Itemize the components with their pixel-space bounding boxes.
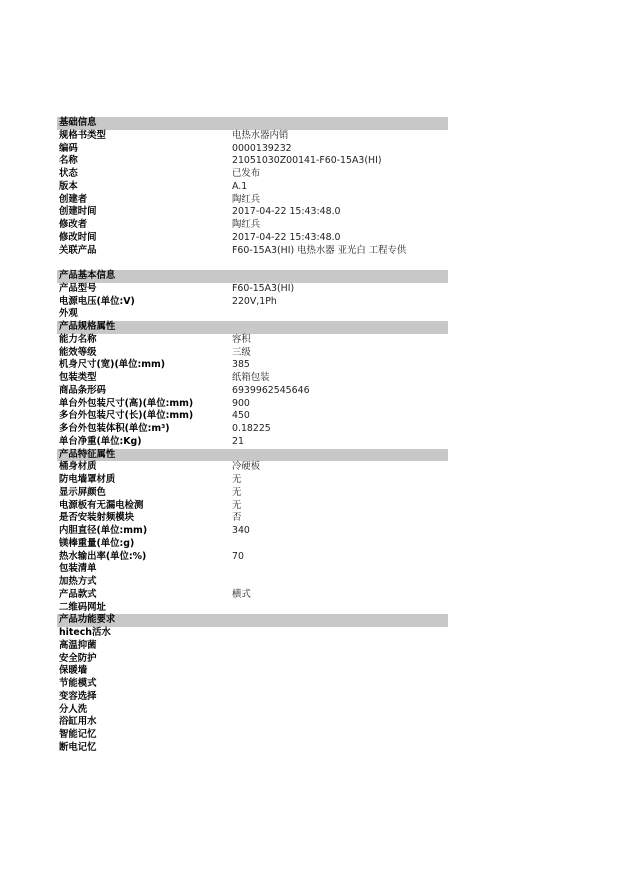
field-label: 名称 xyxy=(59,155,78,168)
table-row: 机身尺寸(宽)(单位:mm)385 xyxy=(57,359,448,372)
blank-row xyxy=(57,257,448,270)
field-label: 包装类型 xyxy=(59,372,97,385)
table-row: 电源电压(单位:V)220V,1Ph xyxy=(57,296,448,309)
field-label: 单台净重(单位:Kg) xyxy=(59,436,142,449)
table-row: 防电墙罩材质无 xyxy=(57,474,448,487)
field-label: 热水输出率(单位:%) xyxy=(59,551,146,564)
field-label: 能力名称 xyxy=(59,334,97,347)
table-row: 内胆直径(单位:mm)340 xyxy=(57,525,448,538)
table-row: 桶身材质冷硬板 xyxy=(57,461,448,474)
table-row: 商品条形码6939962545646 xyxy=(57,385,448,398)
field-label: 内胆直径(单位:mm) xyxy=(59,525,147,538)
section-title: 产品基本信息 xyxy=(59,270,115,283)
field-label: 是否安装射频模块 xyxy=(59,512,134,525)
table-row: 包装清单 xyxy=(57,563,448,576)
table-row: 状态已发布 xyxy=(57,168,448,181)
table-row: 保暖墙 xyxy=(57,665,448,678)
field-label: 版本 xyxy=(59,181,78,194)
field-label: 单台外包装尺寸(高)(单位:mm) xyxy=(59,398,193,411)
field-value: 0000139232 xyxy=(232,143,292,156)
table-row: 电源板有无漏电检测无 xyxy=(57,500,448,513)
field-value: 陶红兵 xyxy=(232,194,260,207)
field-label: 电源板有无漏电检测 xyxy=(59,500,143,513)
field-value: 纸箱包装 xyxy=(232,372,270,385)
table-row: 节能模式 xyxy=(57,678,448,691)
table-row: 智能记忆 xyxy=(57,729,448,742)
table-row: 创建时间2017-04-22 15:43:48.0 xyxy=(57,206,448,219)
table-row: 加热方式 xyxy=(57,576,448,589)
field-value: 电热水器内销 xyxy=(232,130,288,143)
field-label: 智能记忆 xyxy=(59,729,97,742)
section-title: 产品规格属性 xyxy=(59,321,115,334)
field-label: 分人洗 xyxy=(59,704,87,717)
field-label: 关联产品 xyxy=(59,245,97,258)
field-label: 多台外包装体积(单位:m³) xyxy=(59,423,170,436)
field-label: 修改时间 xyxy=(59,232,97,245)
table-row: 编码0000139232 xyxy=(57,143,448,156)
field-label: 加热方式 xyxy=(59,576,97,589)
field-label: 修改者 xyxy=(59,219,87,232)
table-row: 关联产品F60-15A3(HI) 电热水器 亚光白 工程专供 xyxy=(57,245,448,258)
section-header-product-basic-info: 产品基本信息 xyxy=(57,270,448,283)
field-label: 创建时间 xyxy=(59,206,97,219)
field-label: 防电墙罩材质 xyxy=(59,474,115,487)
section-header-product-feature-attributes: 产品特征属性 xyxy=(57,449,448,462)
table-row: 浴缸用水 xyxy=(57,716,448,729)
field-label: 机身尺寸(宽)(单位:mm) xyxy=(59,359,165,372)
table-row: 显示屏颜色无 xyxy=(57,487,448,500)
field-label: 外观 xyxy=(59,308,78,321)
field-label: 浴缸用水 xyxy=(59,716,97,729)
table-row: 能力名称容积 xyxy=(57,334,448,347)
table-row: 规格书类型电热水器内销 xyxy=(57,130,448,143)
field-label: 产品型号 xyxy=(59,283,97,296)
table-row: 安全防护 xyxy=(57,653,448,666)
field-label: 产品款式 xyxy=(59,589,97,602)
field-label: hitech活水 xyxy=(59,627,111,640)
table-row: 名称21051030Z00141-F60-15A3(HI) xyxy=(57,155,448,168)
field-label: 镁棒重量(单位:g) xyxy=(59,538,134,551)
table-row: 热水输出率(单位:%)70 xyxy=(57,551,448,564)
field-label: 多台外包装尺寸(长)(单位:mm) xyxy=(59,410,193,423)
table-row: 修改时间2017-04-22 15:43:48.0 xyxy=(57,232,448,245)
field-value: 70 xyxy=(232,551,244,564)
spec-sheet: 基础信息 规格书类型电热水器内销 编码0000139232 名称21051030… xyxy=(57,117,448,755)
field-value: 340 xyxy=(232,525,250,538)
table-row: 高温抑菌 xyxy=(57,640,448,653)
field-label: 能效等级 xyxy=(59,347,97,360)
table-row: 产品款式横式 xyxy=(57,589,448,602)
section-header-basic-info: 基础信息 xyxy=(57,117,448,130)
field-value: 陶红兵 xyxy=(232,219,260,232)
field-label: 断电记忆 xyxy=(59,742,97,755)
table-row: 分人洗 xyxy=(57,704,448,717)
field-label: 创建者 xyxy=(59,194,87,207)
field-value: 6939962545646 xyxy=(232,385,310,398)
field-value: 三级 xyxy=(232,347,251,360)
field-value: 2017-04-22 15:43:48.0 xyxy=(232,206,341,219)
field-label: 高温抑菌 xyxy=(59,640,97,653)
field-value: 450 xyxy=(232,410,250,423)
field-label: 安全防护 xyxy=(59,653,97,666)
field-value: 2017-04-22 15:43:48.0 xyxy=(232,232,341,245)
table-row: 单台净重(单位:Kg)21 xyxy=(57,436,448,449)
field-label: 规格书类型 xyxy=(59,130,106,143)
field-value: 无 xyxy=(232,500,241,513)
section-header-product-function-requirements: 产品功能要求 xyxy=(57,614,448,627)
field-value: 21 xyxy=(232,436,244,449)
table-row: 外观 xyxy=(57,308,448,321)
field-value: 385 xyxy=(232,359,250,372)
field-value: 21051030Z00141-F60-15A3(HI) xyxy=(232,155,382,168)
field-value: F60-15A3(HI) 电热水器 亚光白 工程专供 xyxy=(232,245,406,258)
table-row: hitech活水 xyxy=(57,627,448,640)
field-label: 保暖墙 xyxy=(59,665,87,678)
field-value: 220V,1Ph xyxy=(232,296,277,309)
field-label: 状态 xyxy=(59,168,78,181)
table-row: 包装类型纸箱包装 xyxy=(57,372,448,385)
table-row: 镁棒重量(单位:g) xyxy=(57,538,448,551)
field-value: 900 xyxy=(232,398,250,411)
table-row: 产品型号F60-15A3(HI) xyxy=(57,283,448,296)
table-row: 多台外包装体积(单位:m³)0.18225 xyxy=(57,423,448,436)
field-value: 已发布 xyxy=(232,168,260,181)
field-label: 包装清单 xyxy=(59,563,97,576)
field-label: 电源电压(单位:V) xyxy=(59,296,135,309)
section-header-product-spec-attributes: 产品规格属性 xyxy=(57,321,448,334)
field-label: 显示屏颜色 xyxy=(59,487,106,500)
field-label: 二维码网址 xyxy=(59,602,106,615)
field-value: 横式 xyxy=(232,589,251,602)
field-label: 变容选择 xyxy=(59,691,97,704)
field-label: 桶身材质 xyxy=(59,461,97,474)
table-row: 是否安装射频模块否 xyxy=(57,512,448,525)
field-value: F60-15A3(HI) xyxy=(232,283,294,296)
table-row: 二维码网址 xyxy=(57,602,448,615)
section-title: 产品特征属性 xyxy=(59,449,115,462)
field-label: 编码 xyxy=(59,143,78,156)
table-row: 单台外包装尺寸(高)(单位:mm)900 xyxy=(57,398,448,411)
section-title: 基础信息 xyxy=(59,117,97,130)
table-row: 断电记忆 xyxy=(57,742,448,755)
field-label: 商品条形码 xyxy=(59,385,106,398)
field-value: 无 xyxy=(232,487,241,500)
field-value: 否 xyxy=(232,512,241,525)
field-value: A.1 xyxy=(232,181,247,194)
table-row: 多台外包装尺寸(长)(单位:mm)450 xyxy=(57,410,448,423)
table-row: 修改者陶红兵 xyxy=(57,219,448,232)
field-value: 容积 xyxy=(232,334,251,347)
table-row: 变容选择 xyxy=(57,691,448,704)
table-row: 创建者陶红兵 xyxy=(57,194,448,207)
field-value: 0.18225 xyxy=(232,423,271,436)
field-value: 冷硬板 xyxy=(232,461,260,474)
field-value: 无 xyxy=(232,474,241,487)
field-label: 节能模式 xyxy=(59,678,97,691)
table-row: 能效等级三级 xyxy=(57,347,448,360)
table-row: 版本A.1 xyxy=(57,181,448,194)
section-title: 产品功能要求 xyxy=(59,614,115,627)
